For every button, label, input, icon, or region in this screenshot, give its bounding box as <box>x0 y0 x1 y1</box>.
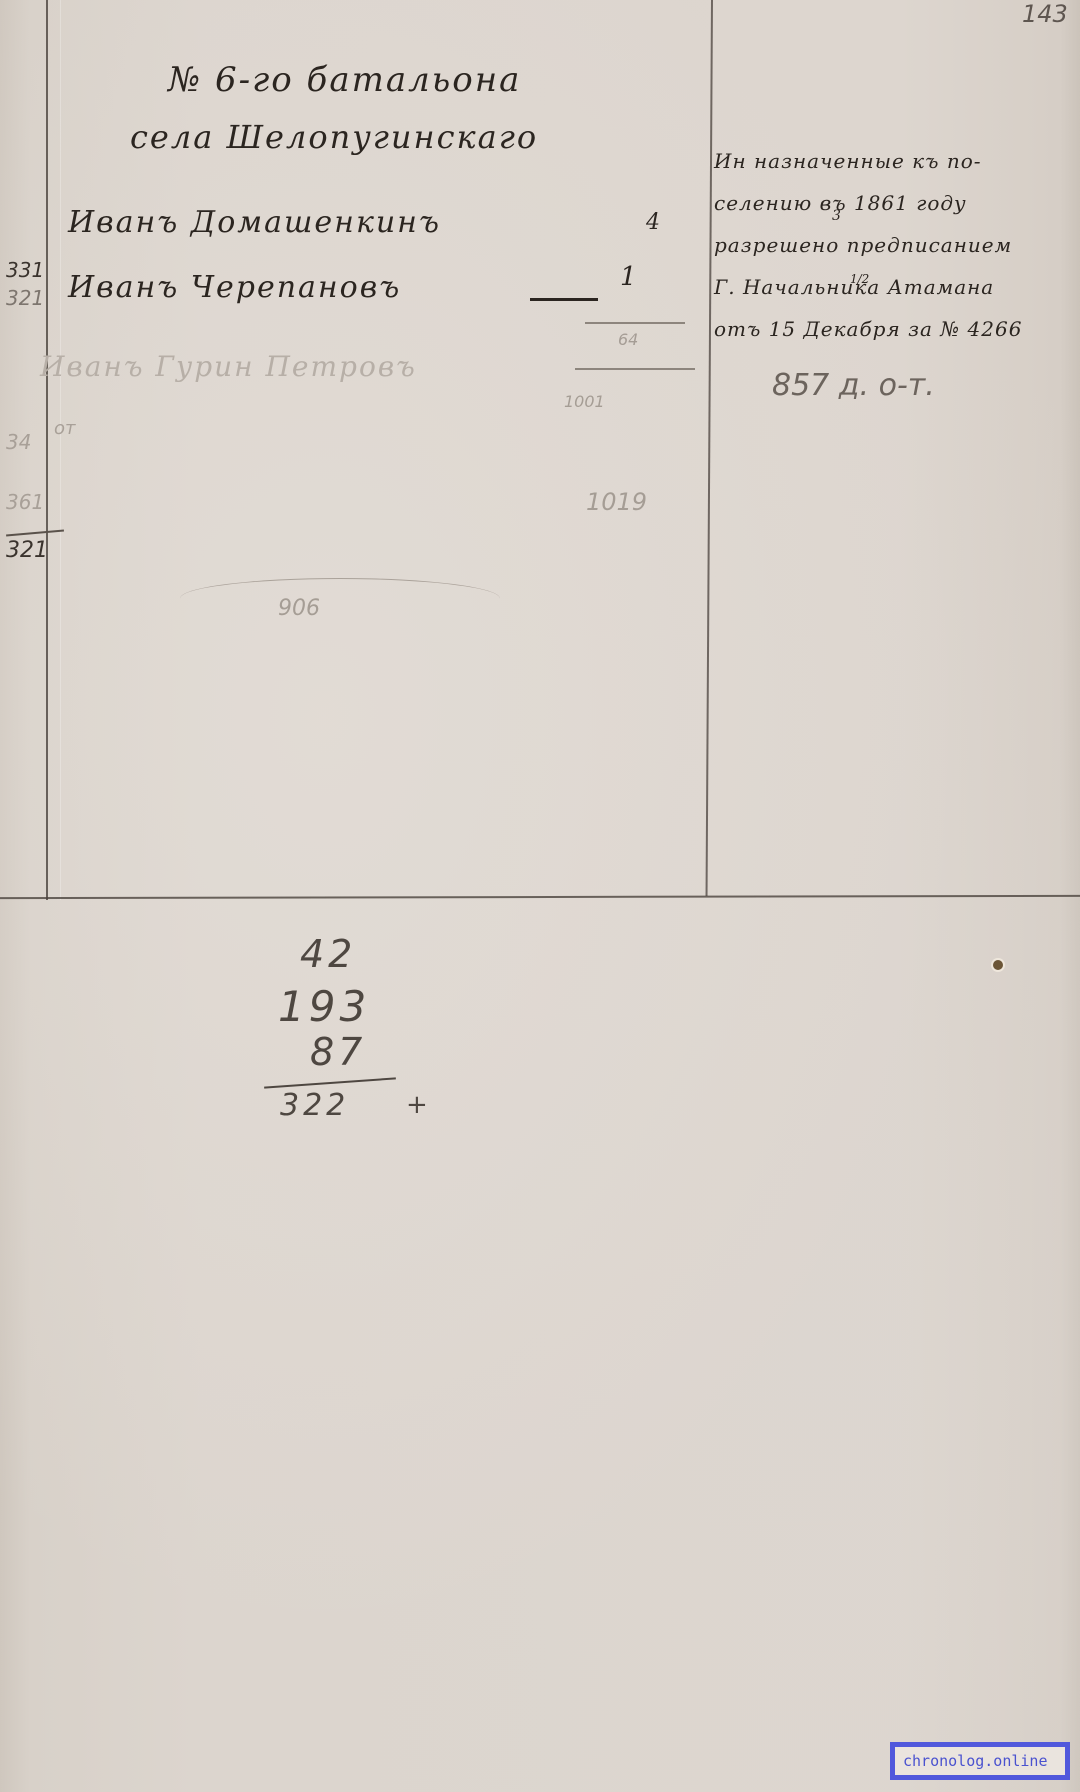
entry-value: 1 <box>620 262 639 292</box>
heading-village: села Шелопугинскаго <box>130 118 538 156</box>
remark-line: селению въ 1861 году <box>712 182 1080 224</box>
pencil-line <box>585 322 685 324</box>
entry-name: Иванъ Черепановъ <box>68 270 401 305</box>
pencil-arc <box>180 578 500 619</box>
margin-number: 34 <box>6 430 31 454</box>
remark-line: Г. Начальника Атамана <box>712 266 1080 308</box>
remark-line: разрешено предписанием <box>712 224 1080 266</box>
erased-entry-value: 64 <box>618 330 638 349</box>
faint-number: 1001 <box>564 392 605 411</box>
watermark-text: chronolog.online <box>895 1747 1065 1775</box>
faint-number: 1019 <box>586 488 647 516</box>
sum-line <box>264 1077 396 1088</box>
margin-number: 331 <box>6 258 44 282</box>
plus-mark: + <box>406 1090 428 1120</box>
pencil-note: 857 д. о-т. <box>772 368 935 403</box>
dash-mark <box>530 298 598 301</box>
sum-total: 322 <box>280 1088 349 1123</box>
erased-entry-name: Иванъ Гурин Петровъ <box>40 350 417 383</box>
margin-number: 361 <box>6 490 44 514</box>
entry-name: Иванъ Домашенкинъ <box>68 205 441 240</box>
paper-fold <box>60 0 61 900</box>
faint-number: 906 <box>278 596 320 621</box>
document-page: 143 № 6-го батальона села Шелопугинскаго… <box>0 0 1080 1792</box>
page-number: 143 <box>1022 0 1068 28</box>
addend: 42 <box>300 932 356 976</box>
addend: 193 <box>278 982 370 1031</box>
column-divider-rule <box>706 0 713 896</box>
remark-line: Ин назначенные къ по- <box>712 140 1080 182</box>
pencil-line <box>575 368 695 370</box>
addend: 87 <box>310 1030 366 1074</box>
superscript-correction: 1/2 <box>850 272 869 286</box>
binding-hole <box>993 960 1003 970</box>
remarks-column: Ин назначенные къ по- селению въ 1861 го… <box>712 140 1080 350</box>
margin-total: 321 <box>6 538 48 563</box>
margin-sum-line <box>6 529 64 536</box>
left-margin-rule <box>46 0 48 900</box>
margin-number: 321 <box>6 286 44 310</box>
superscript-correction: 3 <box>832 208 841 224</box>
entry-value: 4 <box>646 210 662 235</box>
remark-line: отъ 15 Декабря за № 4266 <box>712 308 1080 350</box>
heading-battalion: № 6-го батальона <box>168 60 521 100</box>
watermark-badge: chronolog.online <box>890 1742 1070 1780</box>
pencil-calculation: 42 193 87 322 + <box>260 930 440 1130</box>
table-bottom-rule <box>0 895 1080 899</box>
margin-note: от <box>54 418 76 439</box>
